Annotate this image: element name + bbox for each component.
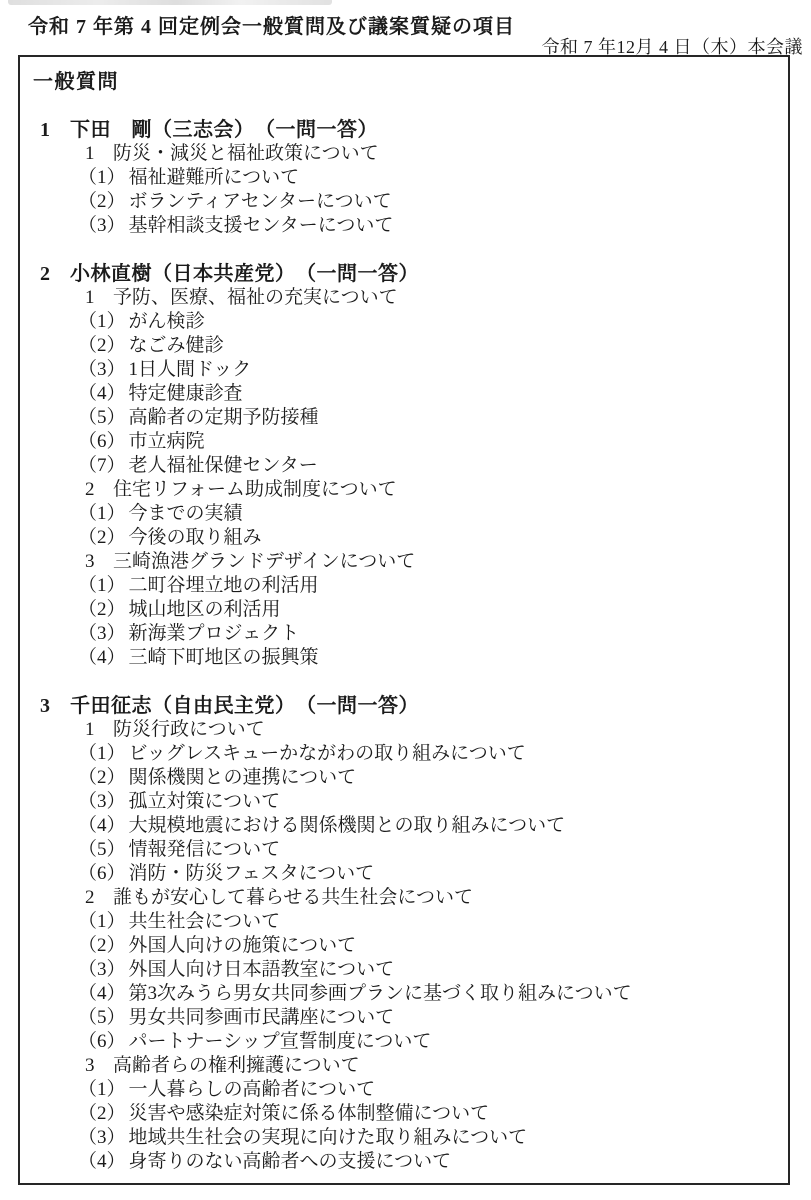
- item-label: （7）: [78, 455, 126, 476]
- item-row: （7）老人福祉保健センター: [20, 454, 788, 478]
- item-row: （5）情報発信について: [20, 838, 788, 862]
- item-label: （2）: [78, 191, 126, 212]
- speaker-header: 3千田征志（自由民主党） （一問一答）: [20, 694, 788, 718]
- speaker-block: 3千田征志（自由民主党） （一問一答）1防災行政について（1）ビッグレスキューか…: [20, 694, 788, 1174]
- item-row: （1）福祉避難所について: [20, 166, 788, 190]
- item-row: （4）大規模地震における関係機関との取り組みについて: [20, 814, 788, 838]
- item-row: （2）ボランティアセンターについて: [20, 190, 788, 214]
- topic-title: 防災行政について: [113, 719, 265, 740]
- speaker-block: 2小林直樹（日本共産党） （一問一答）1予防、医療、福祉の充実について（1）がん…: [20, 262, 788, 670]
- item-label: （2）: [78, 527, 126, 548]
- speaker-name: 千田征志（自由民主党） （一問一答）: [70, 695, 419, 717]
- item-label: （5）: [78, 1007, 126, 1028]
- item-row: （4）特定健康診査: [20, 382, 788, 406]
- topic-title: 住宅リフォーム助成制度について: [113, 479, 397, 500]
- item-row: （3）外国人向け日本語教室について: [20, 958, 788, 982]
- item-text: 関係機関との連携について: [129, 767, 357, 788]
- item-row: （4）第3次みうら男女共同参画プランに基づく取り組みについて: [20, 982, 788, 1006]
- topic-title: 予防、医療、福祉の充実について: [113, 287, 398, 308]
- item-text: 福祉避難所について: [129, 167, 300, 188]
- item-text: 市立病院: [129, 431, 205, 452]
- topic-title: 三崎漁港グランドデザインについて: [113, 551, 415, 572]
- page: { "document": { "title": "令和 7 年第 4 回定例会…: [0, 0, 811, 1200]
- item-label: （5）: [78, 839, 126, 860]
- topic-number: 2: [85, 886, 113, 910]
- item-row: （5）高齢者の定期予防接種: [20, 406, 788, 430]
- speaker-header: 1下田 剛（三志会） （一問一答）: [20, 118, 788, 142]
- item-row: （2）災害や感染症対策に係る体制整備について: [20, 1102, 788, 1126]
- item-label: （1）: [78, 743, 126, 764]
- item-text: 第3次みうら男女共同参画プランに基づく取り組みについて: [129, 983, 632, 1004]
- item-row: （6）パートナーシップ宣誓制度について: [20, 1030, 788, 1054]
- item-label: （3）: [78, 791, 126, 812]
- topic-row: 1防災行政について: [20, 718, 788, 742]
- item-row: （3）新海業プロジェクト: [20, 622, 788, 646]
- item-text: 1日人間ドック: [129, 359, 252, 380]
- item-label: （4）: [78, 815, 126, 836]
- item-row: （2）なごみ健診: [20, 334, 788, 358]
- item-label: （6）: [78, 1031, 126, 1052]
- item-label: （3）: [78, 215, 126, 236]
- item-text: ビッグレスキューかながわの取り組みについて: [129, 743, 526, 764]
- item-label: （5）: [78, 407, 126, 428]
- item-label: （4）: [78, 1151, 126, 1172]
- topic-row: 3三崎漁港グランドデザインについて: [20, 550, 788, 574]
- speaker-block: 1下田 剛（三志会） （一問一答）1防災・減災と福祉政策について（1）福祉避難所…: [20, 118, 788, 238]
- topic-number: 1: [85, 142, 113, 166]
- item-text: 男女共同参画市民講座について: [129, 1007, 395, 1028]
- topic-row: 1防災・減災と福祉政策について: [20, 142, 788, 166]
- item-row: （3）1日人間ドック: [20, 358, 788, 382]
- item-text: 地域共生社会の実現に向けた取り組みについて: [129, 1127, 528, 1148]
- item-label: （3）: [78, 959, 126, 980]
- topic-row: 1予防、医療、福祉の充実について: [20, 286, 788, 310]
- item-text: 城山地区の利活用: [129, 599, 281, 620]
- topic-title: 誰もが安心して暮らせる共生社会について: [113, 887, 473, 908]
- item-label: （1）: [78, 911, 126, 932]
- speaker-name: 小林直樹（日本共産党） （一問一答）: [70, 263, 419, 285]
- item-label: （2）: [78, 767, 126, 788]
- section-heading: 一般質問: [20, 70, 788, 94]
- item-row: （2）城山地区の利活用: [20, 598, 788, 622]
- item-row: （1）一人暮らしの高齢者について: [20, 1078, 788, 1102]
- speaker-number: 2: [40, 262, 70, 286]
- item-label: （2）: [78, 599, 126, 620]
- speaker-header: 2小林直樹（日本共産党） （一問一答）: [20, 262, 788, 286]
- topic-number: 3: [85, 1054, 113, 1078]
- item-label: （2）: [78, 935, 126, 956]
- item-text: がん検診: [129, 311, 205, 332]
- item-text: 基幹相談支援センターについて: [129, 215, 394, 236]
- item-text: ボランティアセンターについて: [129, 191, 392, 212]
- item-row: （1）がん検診: [20, 310, 788, 334]
- item-row: （1）二町谷埋立地の利活用: [20, 574, 788, 598]
- item-text: 外国人向けの施策について: [129, 935, 357, 956]
- topic-row: 3高齢者らの権利擁護について: [20, 1054, 788, 1078]
- item-text: 共生社会について: [129, 911, 281, 932]
- item-text: 一人暮らしの高齢者について: [129, 1079, 376, 1100]
- item-text: 身寄りのない高齢者への支援について: [129, 1151, 452, 1172]
- agenda-box: 一般質問 1下田 剛（三志会） （一問一答）1防災・減災と福祉政策について（1）…: [18, 55, 790, 1185]
- item-text: 外国人向け日本語教室について: [129, 959, 395, 980]
- item-text: 消防・防災フェスタについて: [129, 863, 375, 884]
- item-label: （3）: [78, 623, 126, 644]
- item-text: 大規模地震における関係機関との取り組みについて: [129, 815, 566, 836]
- item-row: （1）今までの実績: [20, 502, 788, 526]
- topic-number: 1: [85, 286, 113, 310]
- item-label: （4）: [78, 647, 126, 668]
- item-text: 二町谷埋立地の利活用: [129, 575, 319, 596]
- item-text: 孤立対策について: [129, 791, 281, 812]
- item-row: （1）ビッグレスキューかながわの取り組みについて: [20, 742, 788, 766]
- item-row: （3）孤立対策について: [20, 790, 788, 814]
- item-text: パートナーシップ宣誓制度について: [129, 1031, 432, 1052]
- item-row: （5）男女共同参画市民講座について: [20, 1006, 788, 1030]
- topic-number: 2: [85, 478, 113, 502]
- item-row: （4）三崎下町地区の振興策: [20, 646, 788, 670]
- item-label: （1）: [78, 311, 126, 332]
- topic-row: 2誰もが安心して暮らせる共生社会について: [20, 886, 788, 910]
- item-label: （1）: [78, 1079, 126, 1100]
- item-row: （2）今後の取り組み: [20, 526, 788, 550]
- item-label: （6）: [78, 431, 126, 452]
- topic-title: 高齢者らの権利擁護について: [113, 1055, 360, 1076]
- topic-number: 3: [85, 550, 113, 574]
- item-label: （3）: [78, 1127, 126, 1148]
- item-row: （6）消防・防災フェスタについて: [20, 862, 788, 886]
- item-text: 老人福祉保健センター: [129, 455, 318, 476]
- topic-number: 1: [85, 718, 113, 742]
- item-label: （3）: [78, 359, 126, 380]
- item-text: 災害や感染症対策に係る体制整備について: [129, 1103, 490, 1124]
- item-label: （2）: [78, 1103, 126, 1124]
- item-text: 今後の取り組み: [129, 527, 262, 548]
- item-label: （4）: [78, 383, 126, 404]
- item-label: （6）: [78, 863, 126, 884]
- item-text: 高齢者の定期予防接種: [129, 407, 319, 428]
- item-text: 三崎下町地区の振興策: [129, 647, 319, 668]
- item-text: 情報発信について: [129, 839, 281, 860]
- item-text: 特定健康診査: [129, 383, 243, 404]
- item-label: （1）: [78, 167, 126, 188]
- item-row: （2）外国人向けの施策について: [20, 934, 788, 958]
- top-edge-artifact: [8, 0, 332, 5]
- item-label: （1）: [78, 575, 126, 596]
- topic-row: 2住宅リフォーム助成制度について: [20, 478, 788, 502]
- item-row: （6）市立病院: [20, 430, 788, 454]
- item-row: （1）共生社会について: [20, 910, 788, 934]
- speakers-list: 1下田 剛（三志会） （一問一答）1防災・減災と福祉政策について（1）福祉避難所…: [20, 118, 788, 1174]
- speaker-name: 下田 剛（三志会） （一問一答）: [70, 119, 378, 141]
- topic-title: 防災・減災と福祉政策について: [113, 143, 379, 164]
- item-row: （2）関係機関との連携について: [20, 766, 788, 790]
- page-title: 令和 7 年第 4 回定例会一般質問及び議案質疑の項目: [28, 10, 515, 39]
- item-label: （4）: [78, 983, 126, 1004]
- item-label: （1）: [78, 503, 126, 524]
- item-text: 今までの実績: [129, 503, 243, 524]
- item-row: （3）地域共生社会の実現に向けた取り組みについて: [20, 1126, 788, 1150]
- speaker-number: 1: [40, 118, 70, 142]
- speaker-number: 3: [40, 694, 70, 718]
- item-text: なごみ健診: [129, 335, 224, 356]
- item-row: （4）身寄りのない高齢者への支援について: [20, 1150, 788, 1174]
- item-text: 新海業プロジェクト: [129, 623, 300, 644]
- item-label: （2）: [78, 335, 126, 356]
- item-row: （3）基幹相談支援センターについて: [20, 214, 788, 238]
